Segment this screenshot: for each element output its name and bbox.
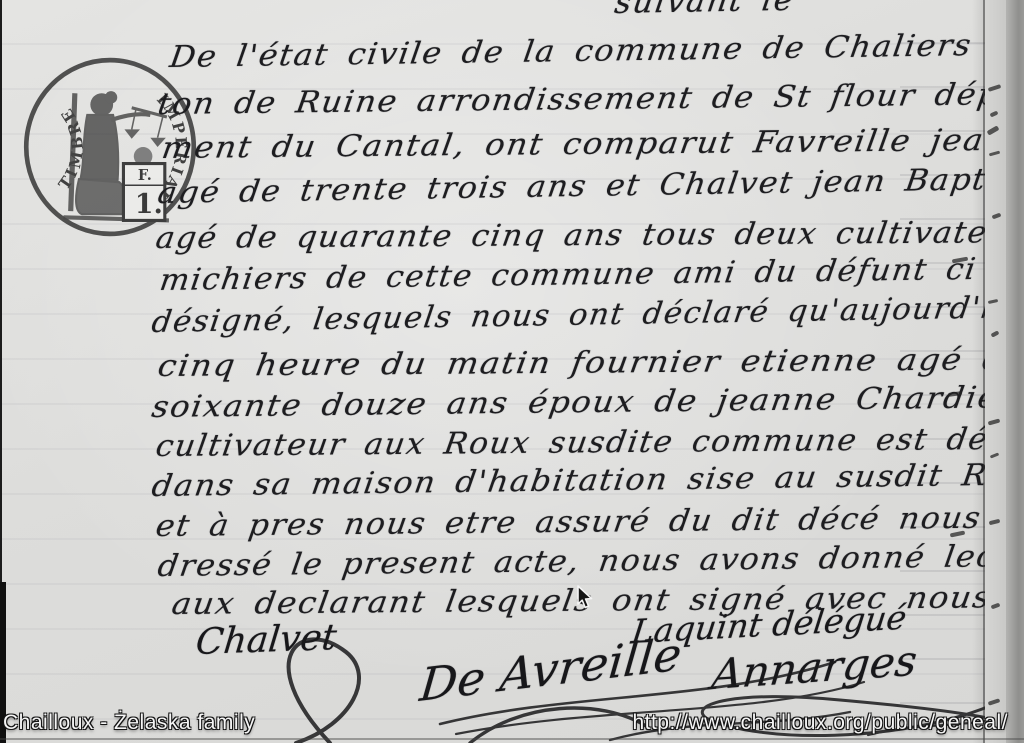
handwritten-line: soixante douze ans époux de jeanne Chard… <box>149 380 1018 425</box>
handwritten-line: agé de trente trois ans et Chalvet jean … <box>156 161 1024 211</box>
source-url-caption: http://www.chailloux.org/public/geneal/ <box>632 711 1008 735</box>
handwritten-line: michiers de cette commune ami du défunt … <box>157 250 1024 298</box>
signature-annarges: Annarges <box>709 636 919 699</box>
handwritten-line: dressé le present acte, nous avons donné… <box>155 538 1024 584</box>
handwritten-line: et à pres nous etre assuré du dit décé n… <box>153 500 1024 544</box>
handwritten-line: De l'état civile de la commune de Chalie… <box>168 27 1024 75</box>
handwritten-line: désigné, lesquels nous ont déclaré qu'au… <box>150 289 1024 340</box>
handwritten-line: cultivateur aux Roux susdite commune est… <box>153 421 1024 464</box>
mouse-cursor-icon <box>576 585 594 611</box>
handwritten-line: dans sa maison d'habitation sise au susd… <box>149 457 1024 504</box>
next-page-edge-band <box>1006 0 1024 743</box>
handwritten-line: agé de quarante cinq ans tous deux culti… <box>153 215 1024 256</box>
bottom-rule-line <box>0 738 1024 740</box>
handwritten-line-fragment: suivant le <box>612 0 797 21</box>
handwritten-line: ment du Cantal, ont comparut Favreille j… <box>159 123 1009 166</box>
handwritten-line: cinq heure du matin fournier etienne agé… <box>155 342 1024 384</box>
handwritten-line: ton de Ruine arrondissement de St flour … <box>155 76 1024 122</box>
signature-de-avreille: De Avreille <box>418 627 684 712</box>
page-fold-shadow <box>972 0 983 743</box>
scanned-death-record-page: TIMBRE IMPERIAL. F. 1. <box>0 0 1024 743</box>
stamp-franc-letter: F. <box>138 167 152 184</box>
family-caption: Chailloux - Żelaska family <box>3 711 255 735</box>
signature-chalvet: Chalvet <box>194 617 339 663</box>
